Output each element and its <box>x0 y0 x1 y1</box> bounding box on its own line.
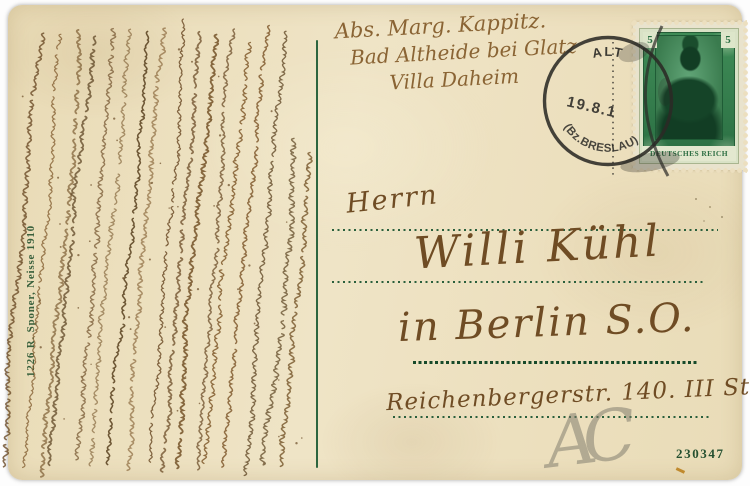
stamp-denomination-right: 5 <box>721 32 735 48</box>
stamp-germania-portrait <box>655 35 723 140</box>
address-rule-3 <box>413 361 699 364</box>
address-rule-2 <box>332 281 704 283</box>
stamp-perforation-right <box>742 20 749 172</box>
postage-stamp-germania: 5 5 DEUTSCHES REICH <box>633 22 745 170</box>
handwritten-message-kurrent <box>14 6 320 482</box>
stamp-perforation-bottom <box>631 167 747 174</box>
stamp-perforation-left <box>630 20 637 172</box>
serial-number: 230347 <box>676 446 725 462</box>
stamp-country-banner: DEUTSCHES REICH <box>642 146 736 161</box>
ink-flecks <box>695 198 697 200</box>
sender-block: Abs. Marg. Kappitz. Bad Altheide bei Gla… <box>334 6 579 100</box>
stamp-perforation-top <box>631 19 747 26</box>
stamp-denomination-left: 5 <box>643 32 657 48</box>
pencil-annotation: AC <box>541 394 627 485</box>
postcard-scan: 1226 R. Sponer, Neisse 1910 Abs. Marg. K… <box>0 0 750 486</box>
stamp-art: 5 5 DEUTSCHES REICH <box>639 28 739 164</box>
